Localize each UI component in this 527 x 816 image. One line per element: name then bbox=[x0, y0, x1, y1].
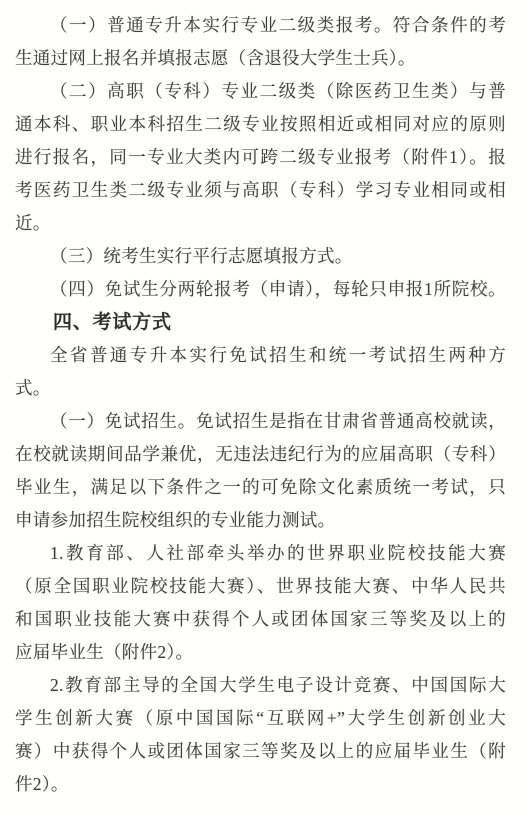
document-line: 全省普通专升本实行免试招生和统一考试招生两种方 bbox=[15, 339, 506, 372]
document-line: （一）普通专升本实行专业二级类报考。符合条件的考 bbox=[15, 9, 506, 42]
document-line: （一）免试招生。免试招生是指在甘肃省普通高校就读， bbox=[15, 405, 506, 438]
document-line: 申请参加招生院校组织的专业能力测试。 bbox=[15, 504, 506, 537]
document-page: （一）普通专升本实行专业二级类报考。符合条件的考 生通过网上报名并填报志愿（含退… bbox=[0, 0, 527, 816]
document-line: 在校就读期间品学兼优，无违法违纪行为的应届高职（专科） bbox=[15, 438, 506, 471]
document-line: 赛）中获得个人或团体国家三等奖及以上的应届毕业生（附 bbox=[15, 735, 506, 768]
document-line: （三）统考生实行平行志愿填报方式。 bbox=[15, 240, 506, 273]
document-line: 考医药卫生类二级专业须与高职（专科）学习专业相同或相 bbox=[15, 174, 506, 207]
document-line: 通本科、职业本科招生二级专业按照相近或相同对应的原则 bbox=[15, 108, 506, 141]
document-line: 应届毕业生（附件2）。 bbox=[15, 636, 506, 669]
document-line: 进行报名，同一专业大类内可跨二级专业报考（附件1）。报 bbox=[15, 141, 506, 174]
document-line: （四）免试生分两轮报考（申请），每轮只申报1所院校。 bbox=[15, 273, 506, 306]
document-line: 和国职业技能大赛中获得个人或团体国家三等奖及以上的 bbox=[15, 603, 506, 636]
document-line: 生通过网上报名并填报志愿（含退役大学生士兵）。 bbox=[15, 42, 506, 75]
document-line: （原全国职业院校技能大赛）、世界技能大赛、中华人民共 bbox=[15, 570, 506, 603]
document-line: 学生创新大赛（原中国国际“互联网+”大学生创新创业大 bbox=[15, 702, 506, 735]
document-line: 近。 bbox=[15, 207, 506, 240]
section-heading: 四、考试方式 bbox=[15, 306, 506, 339]
document-line: 1.教育部、人社部牵头举办的世界职业院校技能大赛 bbox=[15, 537, 506, 570]
document-line: 2.教育部主导的全国大学生电子设计竞赛、中国国际大 bbox=[15, 669, 506, 702]
document-line: （二）高职（专科）专业二级类（除医药卫生类）与普 bbox=[15, 75, 506, 108]
document-line: 件2）。 bbox=[15, 768, 506, 801]
document-line: 毕业生，满足以下条件之一的可免除文化素质统一考试，只 bbox=[15, 471, 506, 504]
document-line: 式。 bbox=[15, 372, 506, 405]
